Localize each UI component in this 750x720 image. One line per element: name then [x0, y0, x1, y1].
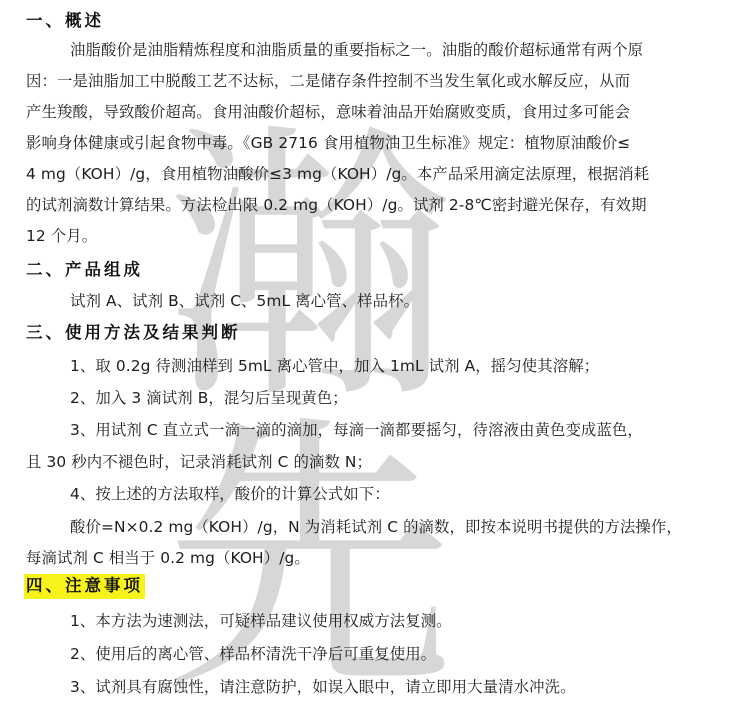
note-line: 1、本方法为速测法，可疑样品建议使用权威方法复测。 — [70, 610, 452, 632]
step-line: 1、取 0.2g 待测油样到 5mL 离心管中，加入 1mL 试剂 A，摇匀使其… — [70, 355, 599, 377]
paragraph-line: 4 mg（KOH）/g，食用植物油酸价≤3 mg（KOH）/g。本产品采用滴定法… — [26, 163, 649, 185]
step-line: 且 30 秒内不褪色时，记录消耗试剂 C 的滴数 N； — [26, 451, 372, 473]
paragraph-line: 的试剂滴数计算结果。方法检出限 0.2 mg（KOH）/g。试剂 2-8℃密封避… — [26, 194, 647, 216]
paragraph-line: 12 个月。 — [26, 225, 97, 247]
section-heading-overview: 一、概述 — [26, 10, 104, 32]
note-line: 2、使用后的离心管、样品杯清洗干净后可重复使用。 — [70, 643, 436, 665]
section-heading-notes: 四、注意事项 — [24, 574, 145, 599]
formula-line: 酸价=N×0.2 mg（KOH）/g，N 为消耗试剂 C 的滴数，即按本说明书提… — [70, 516, 682, 538]
paragraph-line: 产生羧酸，导致酸价超高。食用油酸价超标，意味着油品开始腐败变质，食用过多可能会 — [26, 101, 630, 123]
step-line: 3、用试剂 C 直立式一滴一滴的滴加，每滴一滴都要摇匀，待溶液由黄色变成蓝色， — [70, 419, 643, 441]
section-heading-composition: 二、产品组成 — [26, 259, 143, 281]
step-line: 4、按上述的方法取样，酸价的计算公式如下： — [70, 483, 390, 505]
step-line: 2、加入 3 滴试剂 B，混匀后呈现黄色； — [70, 387, 348, 409]
formula-line: 每滴试剂 C 相当于 0.2 mg（KOH）/g。 — [26, 547, 310, 569]
note-line: 3、试剂具有腐蚀性，请注意防护，如误入眼中，请立即用大量清水冲洗。 — [70, 676, 576, 698]
section-heading-usage: 三、使用方法及结果判断 — [26, 322, 241, 344]
paragraph-line: 油脂酸价是油脂精炼程度和油脂质量的重要指标之一。油脂的酸价超标通常有两个原 — [70, 39, 643, 61]
paragraph-line: 因：一是油脂加工中脱酸工艺不达标，二是储存条件控制不当发生氧化或水解反应，从而 — [26, 70, 630, 92]
paragraph-line: 试剂 A、试剂 B、试剂 C、5mL 离心管、样品杯。 — [70, 290, 419, 312]
paragraph-line: 影响身体健康或引起食物中毒。《GB 2716 食用植物油卫生标准》规定：植物原油… — [26, 132, 630, 154]
